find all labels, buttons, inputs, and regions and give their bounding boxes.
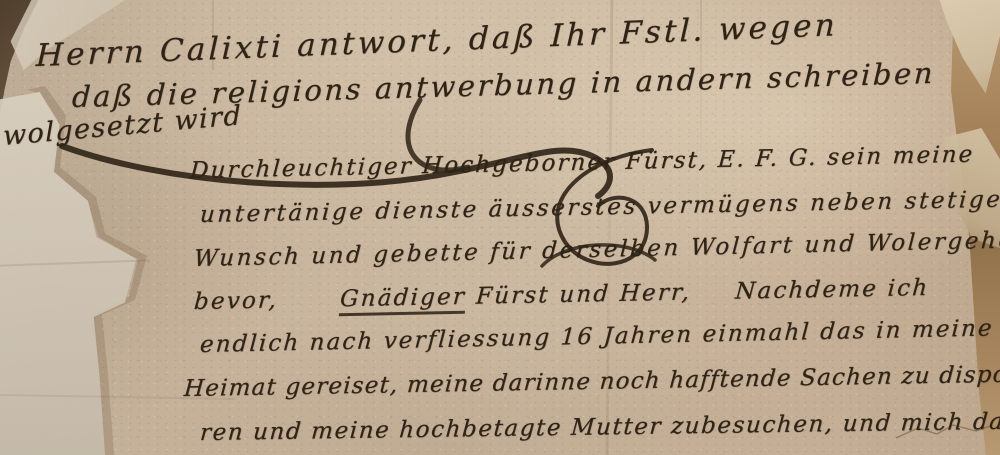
body-line-4-post: Nachdeme ich: [734, 275, 930, 305]
underlined-salutation-word: Gnädiger: [339, 284, 467, 316]
manuscript-photo: Herrn Calixti antwort, daß Ihr Fstl. weg…: [0, 0, 1000, 455]
body-line-4-pre: bevor,: [193, 287, 279, 315]
body-line-4-mid: Fürst und Herr,: [475, 279, 692, 309]
